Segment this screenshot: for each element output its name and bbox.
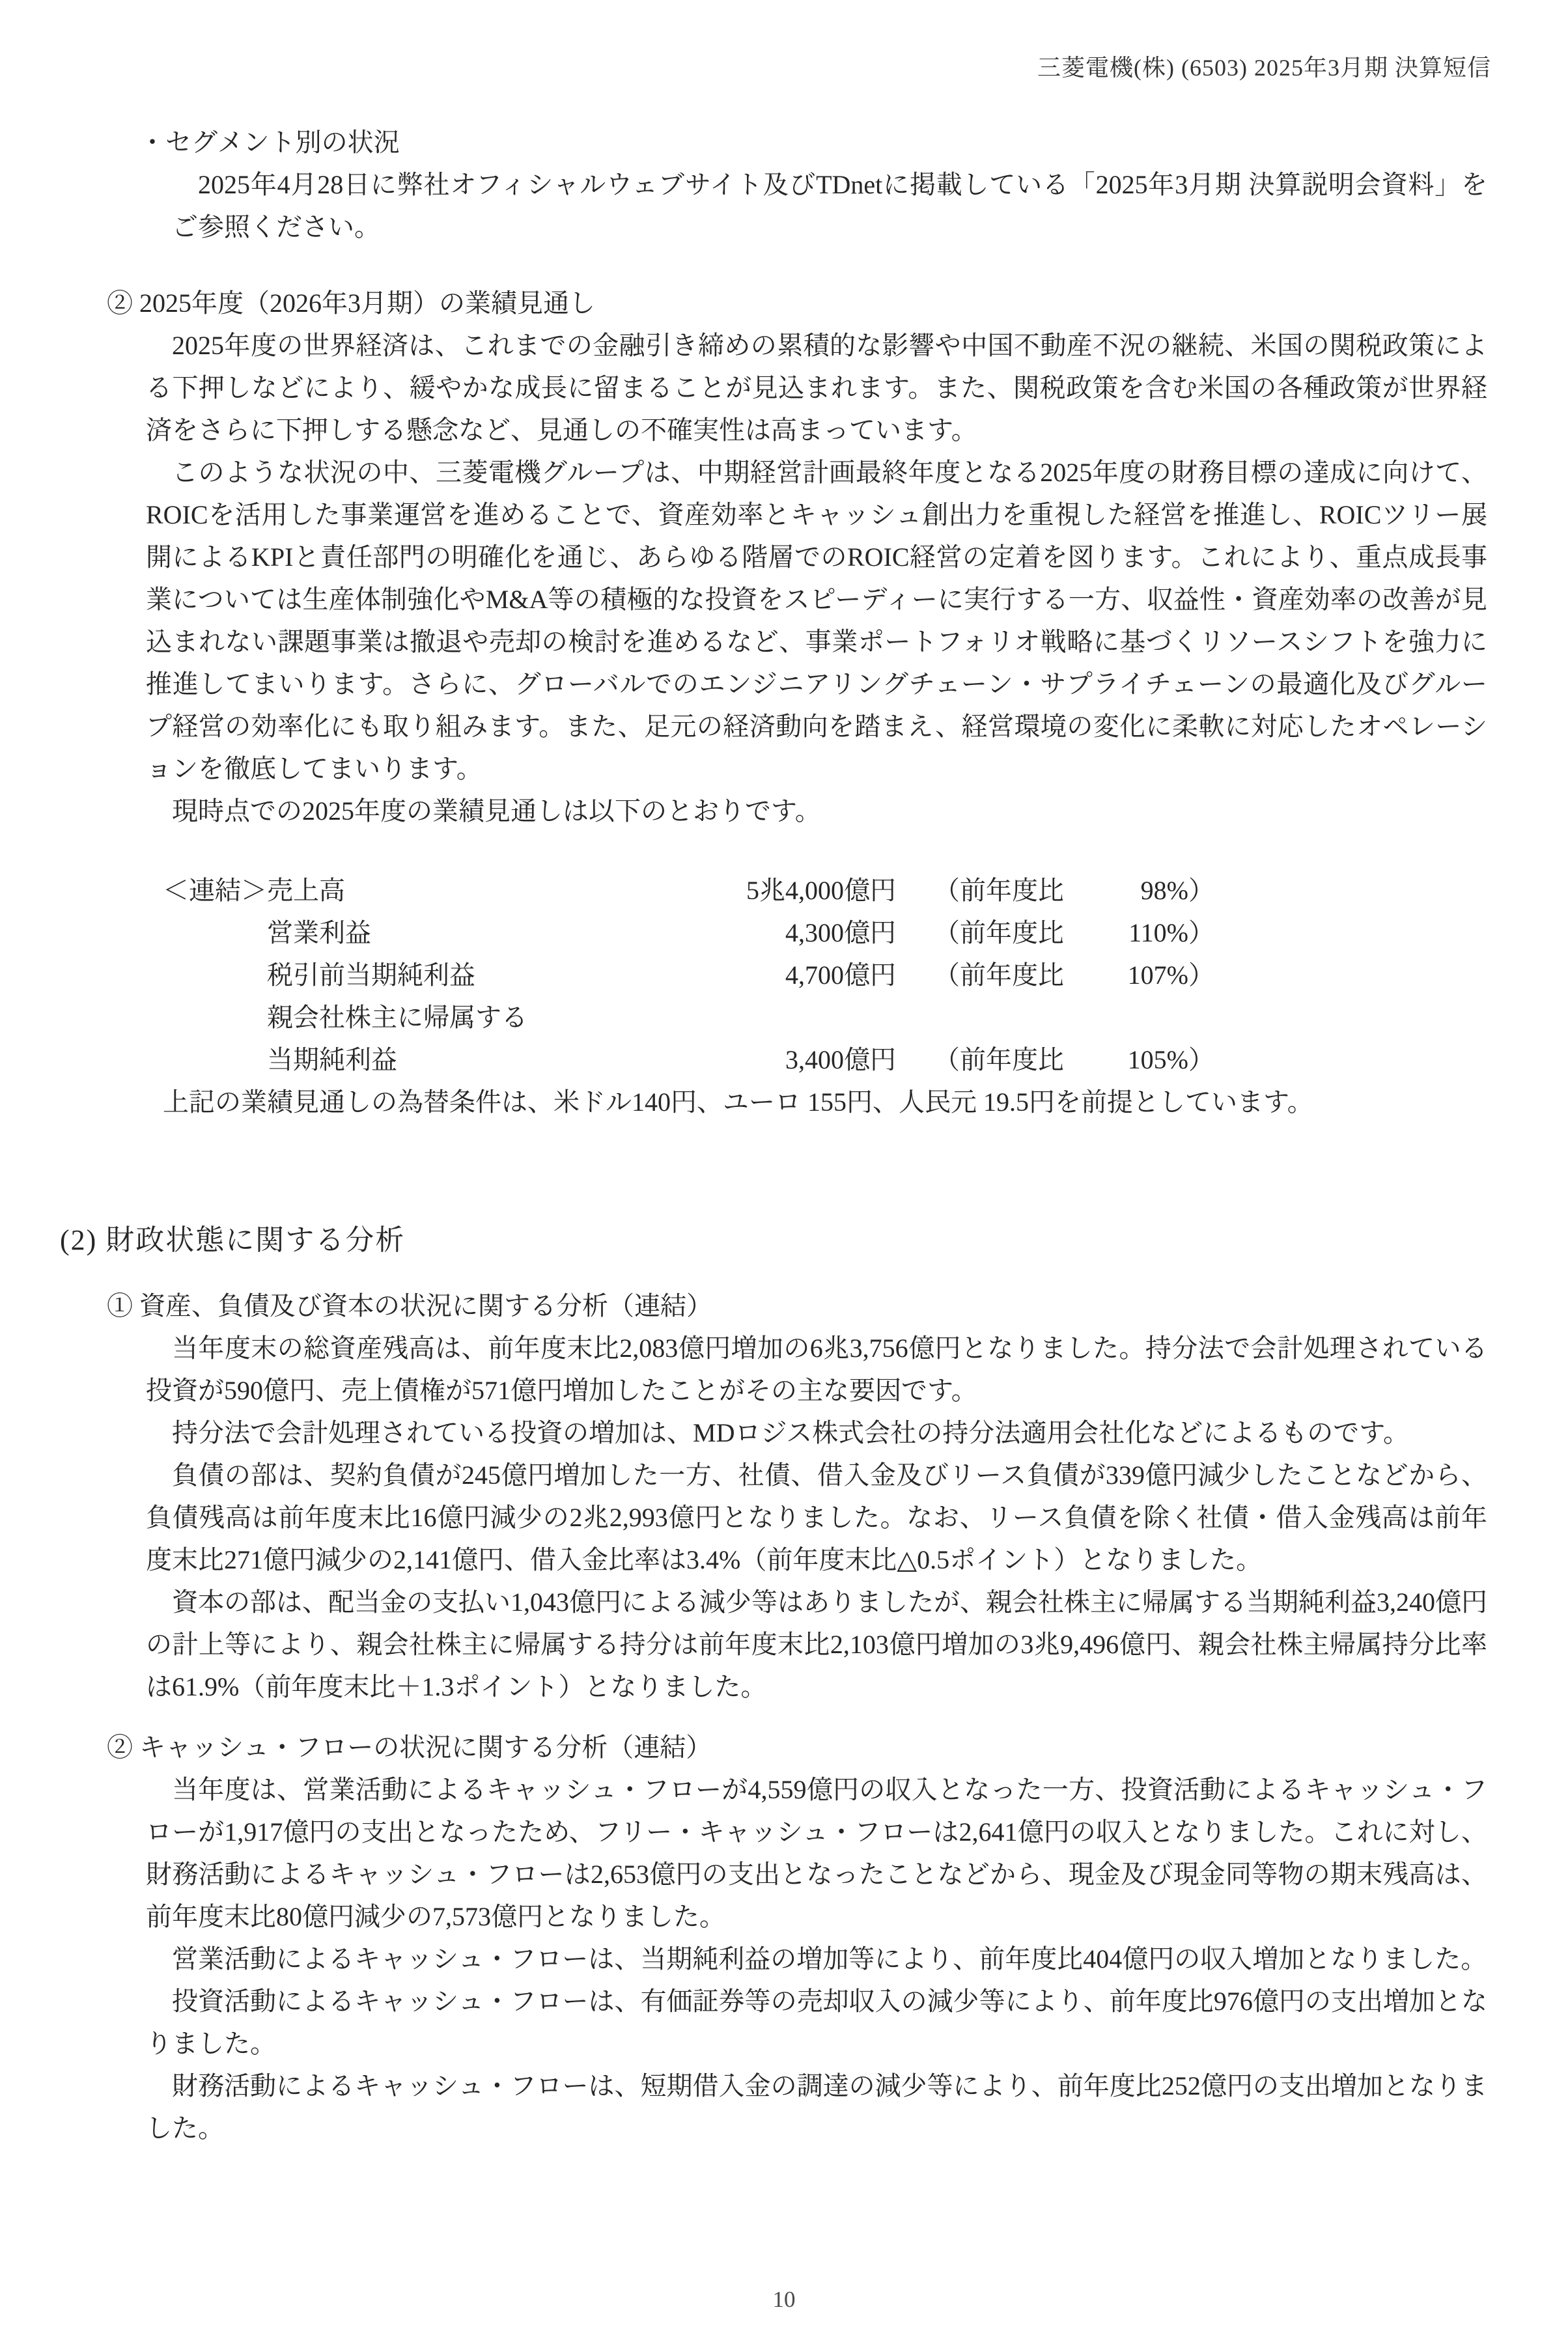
forecast-row-pretax-profit: 税引前当期純利益 4,700億円 （前年度比 107%） <box>163 954 1214 996</box>
forecast-yoy-label <box>896 996 1123 1039</box>
assets-paragraph-4: 資本の部は、配当金の支払い1,043億円による減少等はありましたが、親会社株主に… <box>146 1581 1487 1708</box>
cashflow-subsection-heading: ② キャッシュ・フローの状況に関する分析（連結） <box>107 1726 1568 1768</box>
outlook-section: ② 2025年度（2026年3月期）の業績見通し 2025年度の世界経済は、これ… <box>0 282 1568 1123</box>
forecast-row-net-profit: 当期純利益 3,400億円 （前年度比 105%） <box>163 1039 1214 1081</box>
forecast-yoy-label: （前年度比 <box>896 954 1123 996</box>
forecast-yoy-label: （前年度比 <box>896 869 1123 912</box>
outlook-paragraph-3: 現時点での2025年度の業績見通しは以下のとおりです。 <box>146 790 1487 832</box>
assets-paragraph-2: 持分法で会計処理されている投資の増加は、MDロジス株式会社の持分法適用会社化など… <box>146 1412 1487 1454</box>
segment-section: ・セグメント別の状況 2025年4月28日に弊社オフィシャルウェブサイト及びTD… <box>0 121 1568 248</box>
page-header: 三菱電機(株) (6503) 2025年3月期 決算短信 <box>0 0 1568 83</box>
fx-assumption-note: 上記の業績見通しの為替条件は、米ドル140円、ユーロ 155円、人民元 19.5… <box>163 1081 1491 1123</box>
outlook-paragraph-2: このような状況の中、三菱電機グループは、中期経営計画最終年度となる2025年度の… <box>146 451 1487 790</box>
forecast-scope-label <box>163 912 267 954</box>
header-title: 三菱電機(株) (6503) 2025年3月期 決算短信 <box>1037 55 1491 81</box>
forecast-item-label: 税引前当期純利益 <box>267 954 632 996</box>
forecast-item-label: 当期純利益 <box>267 1039 632 1081</box>
page-number: 10 <box>0 2287 1568 2313</box>
cashflow-paragraph-1: 当年度は、営業活動によるキャッシュ・フローが4,559億円の収入となった一方、投… <box>146 1768 1487 1938</box>
assets-paragraph-3: 負債の部は、契約負債が245億円増加した一方、社債、借入金及びリース負債が339… <box>146 1454 1487 1581</box>
forecast-item-value: 4,300億円 <box>632 912 896 954</box>
outlook-paragraph-1: 2025年度の世界経済は、これまでの金融引き締めの累積的な影響や中国不動産不況の… <box>146 324 1487 451</box>
segment-section-heading: ・セグメント別の状況 <box>139 121 1568 163</box>
outlook-section-heading: ② 2025年度（2026年3月期）の業績見通し <box>107 282 1568 324</box>
assets-subsection-heading: ① 資産、負債及び資本の状況に関する分析（連結） <box>107 1285 1568 1327</box>
assets-paragraph-1: 当年度末の総資産残高は、前年度末比2,083億円増加の6兆3,756億円となりま… <box>146 1327 1487 1412</box>
forecast-scope-label <box>163 1039 267 1081</box>
forecast-yoy-percent: 98%） <box>1123 869 1214 912</box>
document-page: 三菱電機(株) (6503) 2025年3月期 決算短信 ・セグメント別の状況 … <box>0 0 1568 2344</box>
forecast-item-label: 親会社株主に帰属する <box>267 996 632 1039</box>
forecast-yoy-label: （前年度比 <box>896 1039 1123 1081</box>
forecast-item-label: 売上高 <box>267 869 632 912</box>
forecast-item-label: 営業利益 <box>267 912 632 954</box>
forecast-item-value <box>632 996 896 1039</box>
financial-position-section: (2) 財政状態に関する分析 ① 資産、負債及び資本の状況に関する分析（連結） … <box>0 1221 1568 2149</box>
cashflow-paragraph-3: 投資活動によるキャッシュ・フローは、有価証券等の売却収入の減少等により、前年度比… <box>146 1980 1487 2065</box>
forecast-row-attributable-caption: 親会社株主に帰属する <box>163 996 1214 1039</box>
cashflow-paragraph-4: 財務活動によるキャッシュ・フローは、短期借入金の調達の減少等により、前年度比25… <box>146 2065 1487 2149</box>
forecast-item-value: 3,400億円 <box>632 1039 896 1081</box>
forecast-item-value: 4,700億円 <box>632 954 896 996</box>
cashflow-paragraph-2: 営業活動によるキャッシュ・フローは、当期純利益の増加等により、前年度比404億円… <box>146 1938 1487 1980</box>
forecast-scope-label <box>163 954 267 996</box>
forecast-table: ＜連結＞ 売上高 5兆4,000億円 （前年度比 98%） 営業利益 4,300… <box>163 869 1214 1081</box>
forecast-yoy-label: （前年度比 <box>896 912 1123 954</box>
financial-section-heading: (2) 財政状態に関する分析 <box>60 1221 1568 1260</box>
forecast-yoy-percent: 105%） <box>1123 1039 1214 1081</box>
forecast-yoy-percent: 110%） <box>1123 912 1214 954</box>
forecast-row-operating-profit: 営業利益 4,300億円 （前年度比 110%） <box>163 912 1214 954</box>
forecast-yoy-percent: 107%） <box>1123 954 1214 996</box>
forecast-item-value: 5兆4,000億円 <box>632 869 896 912</box>
forecast-scope-label: ＜連結＞ <box>163 869 267 912</box>
forecast-row-net-sales: ＜連結＞ 売上高 5兆4,000億円 （前年度比 98%） <box>163 869 1214 912</box>
forecast-scope-label <box>163 996 267 1039</box>
forecast-yoy-percent <box>1123 996 1214 1039</box>
segment-section-body: 2025年4月28日に弊社オフィシャルウェブサイト及びTDnetに掲載している「… <box>172 163 1487 248</box>
